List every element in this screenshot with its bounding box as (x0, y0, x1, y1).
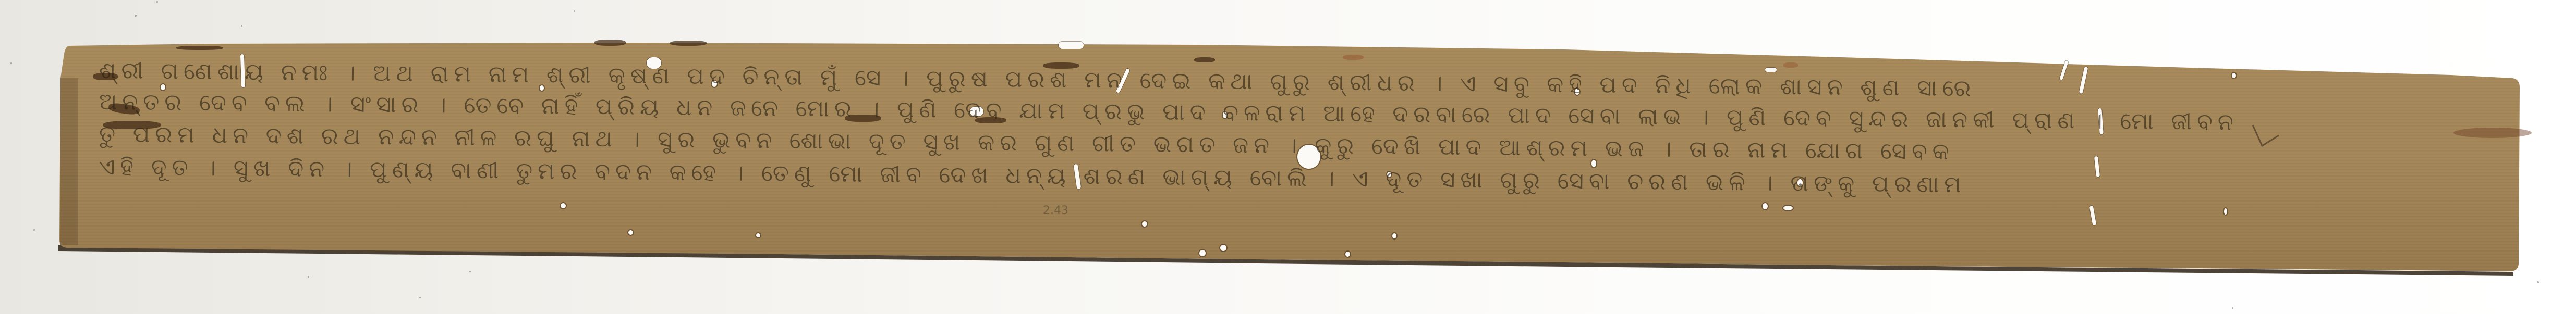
margin-annotation: 2.43 (1043, 204, 1068, 217)
photograph-scene: ଶ୍ରୀ ଗଣେଶାୟ ନମଃ । ଅଥ ରାମ ନାମ ଶ୍ରୀ କୃଷ୍ଣ … (0, 0, 2576, 314)
incised-mark (2242, 115, 2305, 161)
